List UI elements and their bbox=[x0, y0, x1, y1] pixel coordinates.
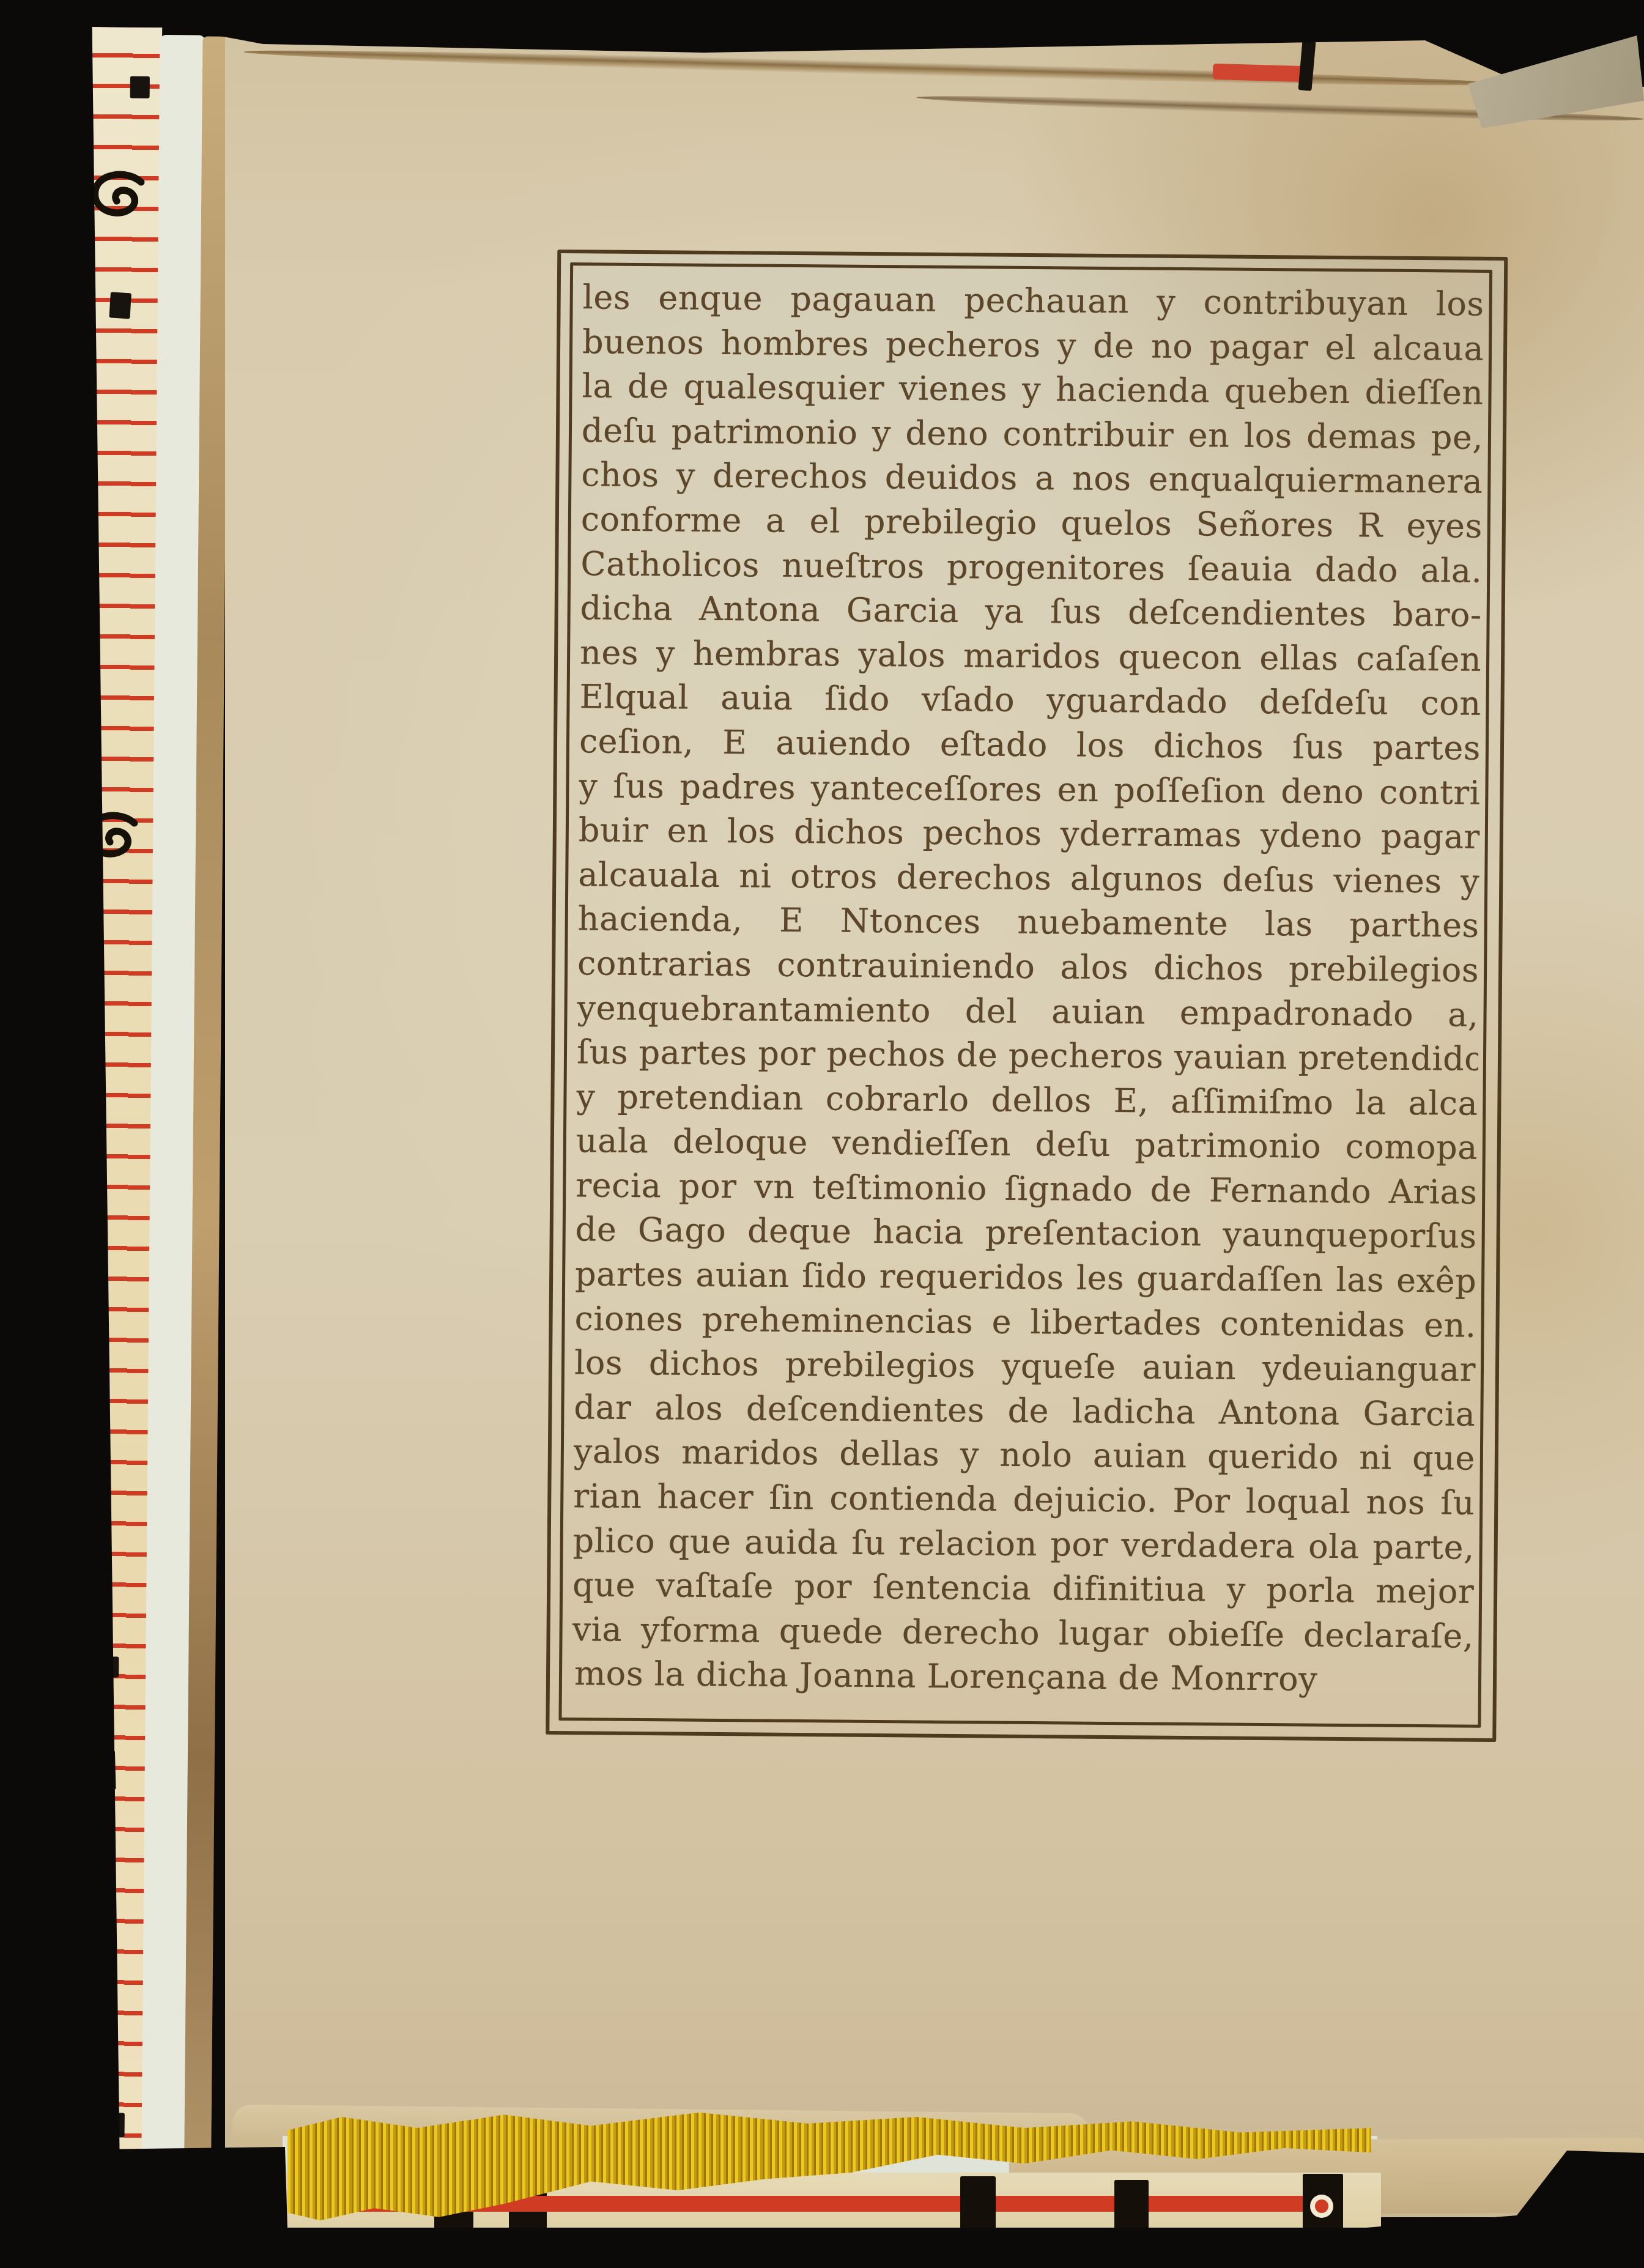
manuscript-line: ceſion, E auiendo eſtado los dichos ſus … bbox=[579, 719, 1481, 771]
manuscript-line: partes auian ſido requeridos les guardaſ… bbox=[575, 1252, 1477, 1303]
manuscript-line: que vaſtaſe por ſentencia difinitiua y p… bbox=[572, 1563, 1475, 1614]
scan-stage: les enque pagauan pechauan y contribuyan… bbox=[0, 0, 1644, 2268]
manuscript-line: nes y hembras yalos maridos quecon ellas… bbox=[580, 631, 1482, 682]
manuscript-line: deſu patrimonio y deno contribuir en los… bbox=[582, 409, 1484, 460]
manuscript-line: hacienda, E Ntonces nuebamente las parth… bbox=[577, 897, 1479, 949]
manuscript-line: y ſus padres yanteceſſores en poſſeſion … bbox=[579, 764, 1481, 815]
manuscript-line: rian hacer ſin contienda dejuicio. Por l… bbox=[573, 1474, 1475, 1525]
manuscript-line: y pretendian cobrarlo dellos E, aſſimiſm… bbox=[576, 1075, 1478, 1126]
manuscript-line: la de qualesquier vienes y hacienda queb… bbox=[582, 364, 1484, 415]
manuscript-line: plico que auida ſu relacion por verdader… bbox=[572, 1519, 1475, 1570]
manuscript-line: buenos hombres pecheros y de no pagar el… bbox=[582, 320, 1484, 371]
manuscript-line: chos y derechos deuidos a nos enqualquie… bbox=[581, 453, 1483, 505]
manuscript-line: uala deloque vendieſſen deſu patrimonio … bbox=[576, 1119, 1478, 1170]
manuscript-line: de Gago deque hacia preſentacion yaunque… bbox=[575, 1208, 1477, 1259]
manuscript-line: ſus partes por pechos de pecheros yauian… bbox=[577, 1030, 1479, 1081]
manuscript-line: Elqual auia ſido vſado yguardado deſdeſu… bbox=[579, 675, 1481, 727]
manuscript-line: yalos maridos dellas y nolo auian querid… bbox=[574, 1430, 1476, 1481]
manuscript-line: via yforma quede derecho lugar obieſſe d… bbox=[572, 1607, 1474, 1659]
manuscript-line: ciones preheminencias e libertades conte… bbox=[574, 1297, 1476, 1348]
manuscript-line: buir en los dichos pechos yderramas yden… bbox=[579, 808, 1481, 859]
text-frame-inner: les enque pagauan pechauan y contribuyan… bbox=[558, 262, 1492, 1728]
manuscript-line: recia por vn teſtimonio ſignado de Ferna… bbox=[576, 1163, 1478, 1215]
manuscript-line: les enque pagauan pechauan y contribuyan… bbox=[582, 275, 1484, 327]
text-frame-outer: les enque pagauan pechauan y contribuyan… bbox=[546, 250, 1508, 1742]
manuscript-line: contrarias contrauiniendo alos dichos pr… bbox=[577, 941, 1479, 993]
manuscript-line: alcauala ni otros derechos algunos deſus… bbox=[578, 853, 1480, 904]
manuscript-line: los dichos prebilegios yqueſe auian ydeu… bbox=[574, 1341, 1476, 1392]
manuscript-line: dar alos deſcendientes de ladicha Antona… bbox=[574, 1385, 1476, 1437]
manuscript-line: Catholicos nueſtros progenitores ſeauia … bbox=[580, 542, 1483, 593]
manuscript-line: yenquebrantamiento del auian empadronado… bbox=[577, 986, 1479, 1037]
manuscript-line: conforme a el prebilegio quelos Señores … bbox=[581, 497, 1483, 549]
manuscript-line: mos la dicha Joanna Lorençana de Monrroy bbox=[572, 1652, 1474, 1703]
manuscript-text: les enque pagauan pechauan y contribuyan… bbox=[572, 275, 1484, 1719]
text-frame-group: les enque pagauan pechauan y contribuyan… bbox=[0, 0, 1644, 2268]
manuscript-line: dicha Antona Garcia ya ſus deſcendientes… bbox=[580, 586, 1482, 637]
